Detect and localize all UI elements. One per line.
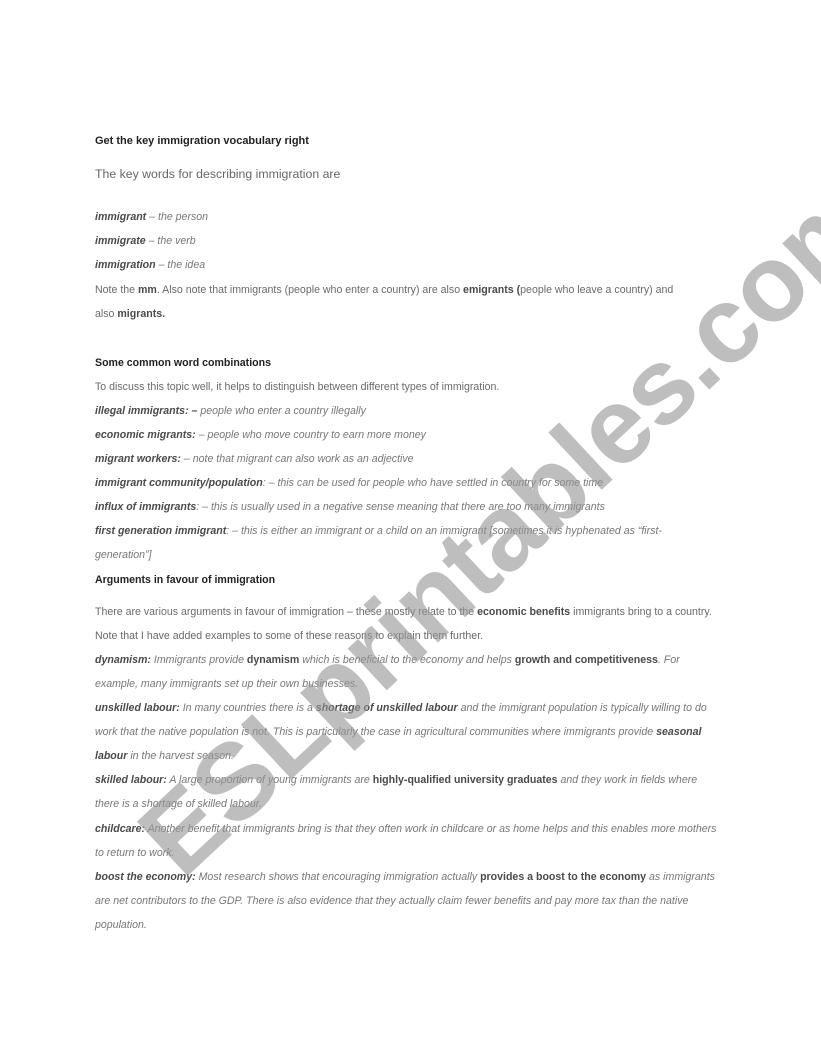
- key-word-immigrant: immigrant – the person: [95, 210, 208, 224]
- section-heading-word-combinations: Some common word combinations: [95, 356, 271, 370]
- note-paragraph-cont: also migrants.: [95, 307, 165, 321]
- argument-boost-economy: boost the economy: Most research shows t…: [95, 870, 715, 884]
- document-page: Get the key immigration vocabulary right…: [0, 0, 821, 1062]
- note-paragraph: Note the mm. Also note that immigrants (…: [95, 283, 673, 297]
- argument-dynamism: dynamism: Immigrants provide dynamism wh…: [95, 653, 680, 667]
- key-word-immigrate: immigrate – the verb: [95, 234, 196, 248]
- argument-unskilled-labour-cont2: labour in the harvest season.: [95, 749, 234, 763]
- combo-item-cont: generation”]: [95, 548, 152, 562]
- combo-item: first generation immigrant: – this is ei…: [95, 524, 662, 538]
- intro-text: The key words for describing immigration…: [95, 167, 340, 181]
- argument-skilled-labour: skilled labour: A large proportion of yo…: [95, 773, 697, 787]
- section2-intro: To discuss this topic well, it helps to …: [95, 380, 499, 394]
- argument-boost-economy-cont2: population.: [95, 918, 147, 932]
- argument-skilled-labour-cont: there is a shortage of skilled labour.: [95, 797, 262, 811]
- combo-item: immigrant community/population: – this c…: [95, 476, 603, 490]
- key-word-immigration: immigration – the idea: [95, 258, 205, 272]
- argument-childcare-cont: to return to work.: [95, 846, 174, 860]
- argument-childcare: childcare: Another benefit that immigran…: [95, 822, 716, 836]
- argument-unskilled-labour-cont: work that the native population is not. …: [95, 725, 702, 739]
- combo-item: illegal immigrants: – people who enter a…: [95, 404, 366, 418]
- section-heading-arguments: Arguments in favour of immigration: [95, 573, 275, 587]
- combo-item: economic migrants: – people who move cou…: [95, 428, 426, 442]
- combo-item: migrant workers: – note that migrant can…: [95, 452, 414, 466]
- combo-item: influx of immigrants: – this is usually …: [95, 500, 605, 514]
- section3-intro: There are various arguments in favour of…: [95, 605, 712, 619]
- section3-intro-2: Note that I have added examples to some …: [95, 629, 483, 643]
- page-title: Get the key immigration vocabulary right: [95, 134, 309, 148]
- argument-dynamism-cont: example, many immigrants set up their ow…: [95, 677, 358, 691]
- argument-unskilled-labour: unskilled labour: In many countries ther…: [95, 701, 707, 715]
- argument-boost-economy-cont: are net contributors to the GDP. There i…: [95, 894, 688, 908]
